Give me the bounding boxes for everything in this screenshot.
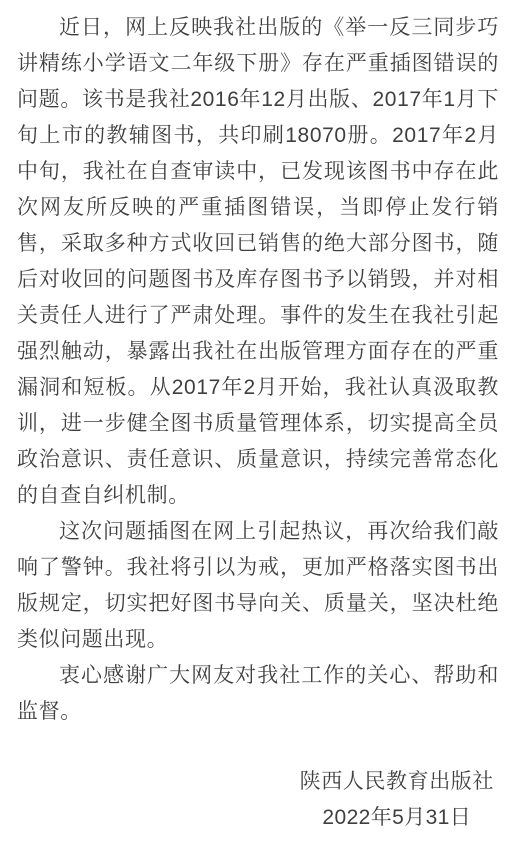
statement-paragraph-3: 衷心感谢广大网友对我社工作的关心、帮助和监督。 (17, 658, 499, 730)
statement-paragraph-2: 这次问题插图在网上引起热议，再次给我们敲响了警钟。我社将引以为戒，更加严格落实图… (17, 514, 499, 658)
publisher-name: 陕西人民教育出版社 (300, 764, 494, 800)
signature-inner: 陕西人民教育出版社 2022年5月31日 (300, 764, 494, 836)
signature-date: 2022年5月31日 (300, 800, 494, 836)
statement-page: 近日，网上反映我社出版的《举一反三同步巧讲精练小学语文二年级下册》存在严重插图错… (0, 0, 510, 849)
statement-paragraph-1: 近日，网上反映我社出版的《举一反三同步巧讲精练小学语文二年级下册》存在严重插图错… (17, 10, 499, 514)
signature-block: 陕西人民教育出版社 2022年5月31日 (17, 764, 499, 836)
